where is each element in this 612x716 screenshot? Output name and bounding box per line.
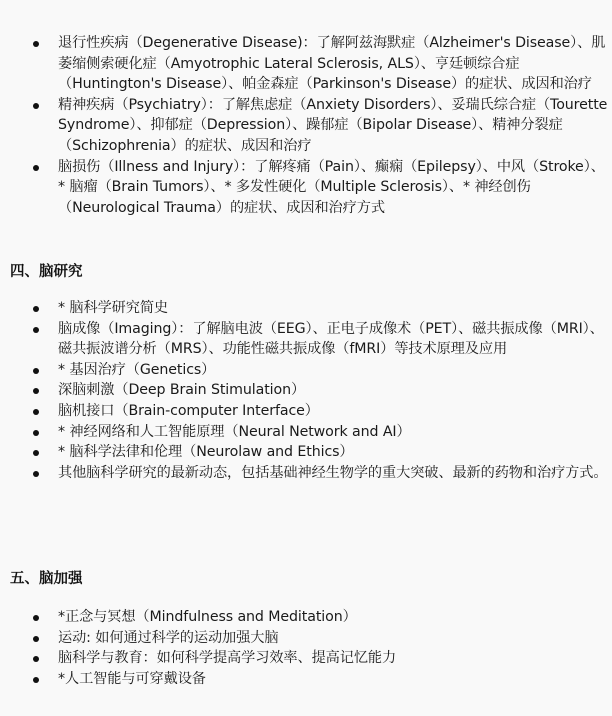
list-item-text: *正念与冥想（Mindfulness and Meditation）: [58, 609, 357, 625]
bullet-icon: [33, 430, 39, 436]
list-item-text: * 脑科学研究简史: [58, 300, 168, 316]
list-item-text: 运动: 如何通过科学的运动加强大脑: [58, 630, 278, 646]
section4-list: * 脑科学研究简史 脑成像（Imaging）：了解脑电波（EEG）、正电子成像术…: [0, 298, 612, 483]
list-item: 脑成像（Imaging）：了解脑电波（EEG）、正电子成像术（PET）、磁共振成…: [0, 319, 612, 360]
bullet-icon: [33, 471, 39, 477]
bullet-icon: [33, 306, 39, 312]
list-item-text: 深脑刺激（Deep Brain Stimulation）: [58, 382, 305, 398]
list-item: 其他脑科学研究的最新动态，包括基础神经生物学的重大突破、最新的药物和治疗方式。: [0, 463, 612, 484]
list-item: * 脑科学研究简史: [0, 298, 612, 319]
bullet-icon: [33, 103, 39, 109]
list-item: *正念与冥想（Mindfulness and Meditation）: [0, 607, 612, 628]
list-item-text: 退行性疾病（Degenerative Disease)：了解阿兹海默症（Alzh…: [58, 35, 605, 92]
list-item: * 基因治疗（Genetics）: [0, 360, 612, 381]
bullet-icon: [33, 368, 39, 374]
list-item: * 脑科学法律和伦理（Neurolaw and Ethics）: [0, 442, 612, 463]
section-heading-brain-enhancement: 五、脑加强: [10, 567, 83, 588]
list-item: *人工智能与可穿戴设备: [0, 669, 612, 690]
list-item: 脑机接口（Brain-computer Interface）: [0, 401, 612, 422]
section-heading-brain-research: 四、脑研究: [10, 260, 83, 281]
list-item-text: * 基因治疗（Genetics）: [58, 362, 215, 378]
bullet-icon: [33, 615, 39, 621]
list-item: 精神疾病（Psychiatry）：了解焦虑症（Anxiety Disorders…: [0, 95, 612, 157]
list-item-text: * 脑科学法律和伦理（Neurolaw and Ethics）: [58, 444, 354, 460]
list-item: * 神经网络和人工智能原理（Neural Network and AI）: [0, 422, 612, 443]
bullet-icon: [33, 327, 39, 333]
list-item: 退行性疾病（Degenerative Disease)：了解阿兹海默症（Alzh…: [0, 33, 612, 95]
list-item-text: 精神疾病（Psychiatry）：了解焦虑症（Anxiety Disorders…: [58, 97, 607, 154]
bullet-icon: [33, 409, 39, 415]
list-item: 运动: 如何通过科学的运动加强大脑: [0, 628, 612, 649]
section5-list: *正念与冥想（Mindfulness and Meditation） 运动: 如…: [0, 607, 612, 689]
list-item-text: *人工智能与可穿戴设备: [58, 671, 206, 687]
bullet-icon: [33, 41, 39, 47]
list-item-text: * 神经网络和人工智能原理（Neural Network and AI）: [58, 424, 411, 440]
bullet-icon: [33, 656, 39, 662]
section3-list: 退行性疾病（Degenerative Disease)：了解阿兹海默症（Alzh…: [0, 33, 612, 218]
bullet-icon: [33, 165, 39, 171]
list-item: 深脑刺激（Deep Brain Stimulation）: [0, 380, 612, 401]
list-item-text: 脑机接口（Brain-computer Interface）: [58, 403, 319, 419]
list-item: 脑科学与教育：如何科学提高学习效率、提高记忆能力: [0, 648, 612, 669]
list-item-text: 脑成像（Imaging）：了解脑电波（EEG）、正电子成像术（PET）、磁共振成…: [58, 321, 604, 358]
bullet-icon: [33, 677, 39, 683]
bullet-icon: [33, 388, 39, 394]
list-item-text: 脑损伤（Illness and Injury）：了解疼痛（Pain）、癫痫（Ep…: [58, 159, 605, 216]
list-item-text: 其他脑科学研究的最新动态，包括基础神经生物学的重大突破、最新的药物和治疗方式。: [58, 465, 607, 481]
bullet-icon: [33, 450, 39, 456]
list-item: 脑损伤（Illness and Injury）：了解疼痛（Pain）、癫痫（Ep…: [0, 157, 612, 219]
list-item-text: 脑科学与教育：如何科学提高学习效率、提高记忆能力: [58, 650, 396, 666]
bullet-icon: [33, 636, 39, 642]
